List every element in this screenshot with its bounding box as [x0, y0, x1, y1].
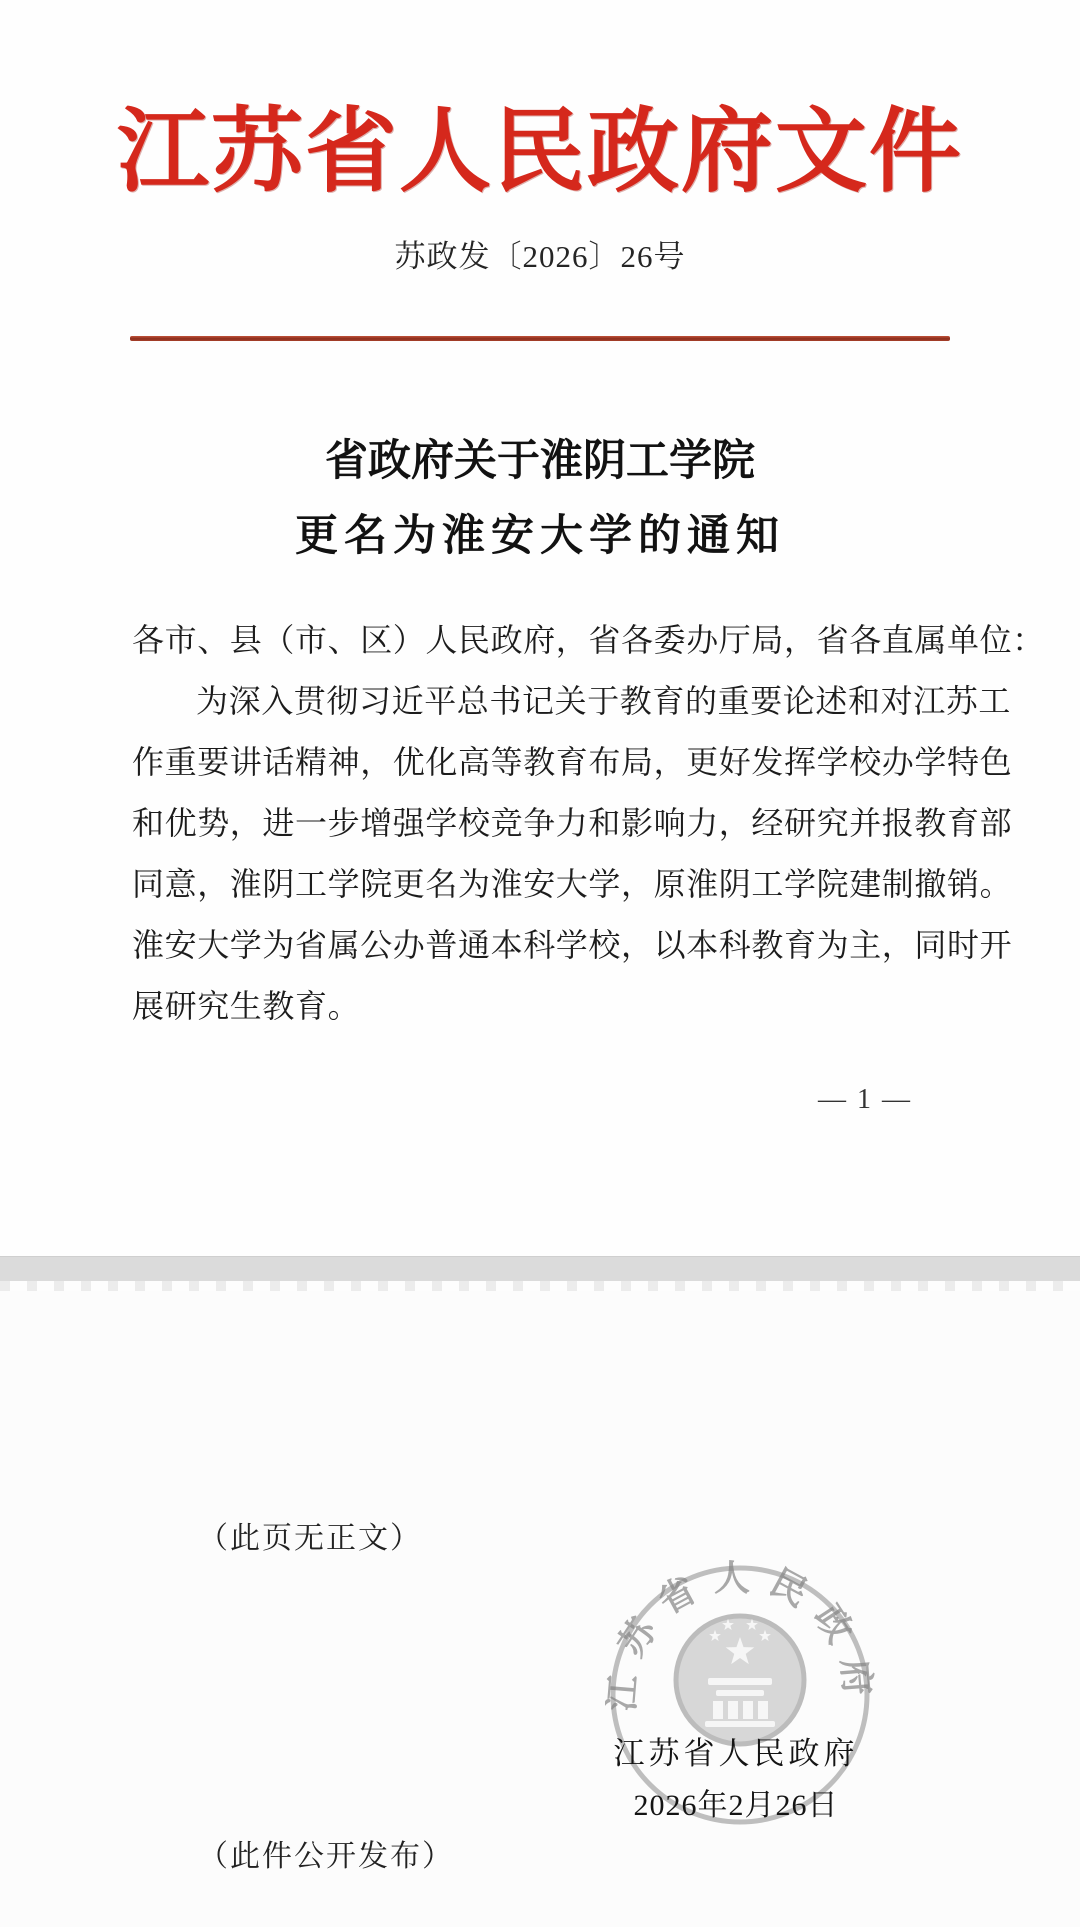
doc-number: 苏政发〔2026〕26号: [0, 231, 1080, 276]
page-1: 江苏省人民政府文件 苏政发〔2026〕26号 省政府关于淮阴工学院 更名为淮安大…: [0, 0, 1080, 1256]
page-number: — 1 —: [818, 1084, 912, 1116]
national-emblem-icon: [676, 1616, 804, 1744]
body-line: 展研究生教育。: [132, 976, 974, 1037]
header-banner: 江苏省人民政府文件: [0, 78, 1080, 210]
notice-title-line-1: 省政府关于淮阴工学院: [0, 424, 1080, 499]
body-line: 淮安大学为省属公办普通本科学校，以本科教育为主，同时开: [132, 915, 974, 976]
issuer-signature: 江苏省人民政府: [610, 1728, 862, 1773]
red-separator-line: [130, 336, 950, 341]
notice-title: 省政府关于淮阴工学院 更名为淮安大学的通知: [0, 424, 1080, 574]
page-divider: [0, 1256, 1080, 1281]
body-line: 作重要讲话精神，优化高等教育布局，更好发挥学校办学特色: [132, 732, 974, 793]
body-line: 和优势，进一步增强学校竞争力和影响力，经研究并报教育部: [132, 793, 974, 854]
notice-title-line-2: 更名为淮安大学的通知: [0, 499, 1080, 574]
body-line: 为深入贯彻习近平总书记关于教育的重要论述和对江苏工: [132, 671, 974, 732]
document-scan: 江苏省人民政府文件 苏政发〔2026〕26号 省政府关于淮阴工学院 更名为淮安大…: [0, 0, 1080, 1927]
body-line: 同意，淮阴工学院更名为淮安大学，原淮阴工学院建制撤销。: [132, 854, 974, 915]
salutation: 各市、县（市、区）人民政府，省各委办厅局，省各直属单位：: [132, 610, 974, 671]
body-text: 各市、县（市、区）人民政府，省各委办厅局，省各直属单位： 为深入贯彻习近平总书记…: [132, 610, 974, 1037]
public-release-note: （此件公开发布）: [198, 1831, 454, 1875]
page-divider-perforation: [0, 1281, 1080, 1291]
no-text-note: （此页无正文）: [198, 1513, 422, 1557]
issue-date: 2026年2月26日: [610, 1780, 862, 1824]
page-2: （此页无正文）: [0, 1291, 1080, 1927]
